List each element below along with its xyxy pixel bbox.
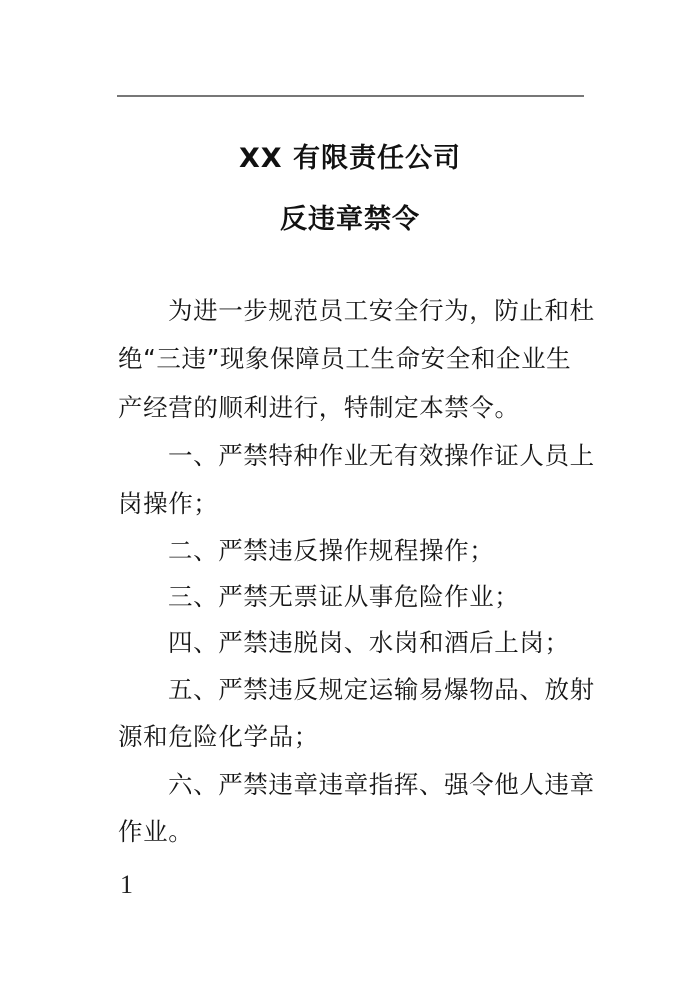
page-number: 1	[120, 870, 133, 900]
company-title: XX 有限责任公司	[0, 136, 700, 175]
intro-line: 绝“三违”现象保障员工生命安全和企业生	[118, 340, 571, 375]
intro-line: 为进一步规范员工安全行为，防止和杜	[168, 292, 595, 327]
document-title: 反违章禁令	[0, 197, 700, 236]
prohibition-item-1: 一、严禁特种作业无有效操作证人员上	[168, 437, 595, 472]
intro-line: 产经营的顺利进行，特制定本禁令。	[118, 389, 520, 424]
header-rule	[117, 95, 584, 97]
prohibition-item-5-cont: 源和危险化学品；	[118, 718, 319, 753]
prohibition-item-2: 二、严禁违反操作规程操作；	[168, 532, 494, 567]
prohibition-item-6: 六、严禁违章违章指挥、强令他人违章	[168, 766, 595, 801]
prohibition-item-3: 三、严禁无票证从事危险作业；	[168, 578, 519, 613]
prohibition-item-1-cont: 岗操作；	[118, 485, 218, 520]
prohibition-item-6-cont: 作业。	[118, 813, 193, 848]
prohibition-item-5: 五、严禁违反规定运输易爆物品、放射	[168, 671, 595, 706]
prohibition-item-4: 四、严禁违脱岗、水岗和酒后上岗；	[168, 624, 570, 659]
